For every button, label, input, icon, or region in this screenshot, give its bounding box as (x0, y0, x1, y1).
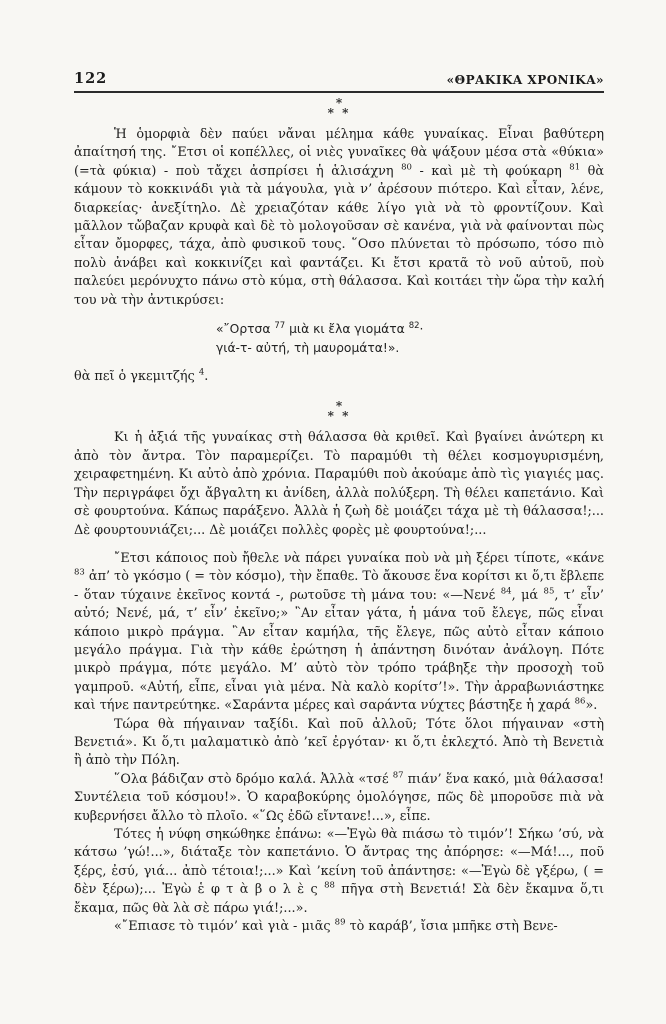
paragraph-bride-helm: Τότες ἡ νύφη σηκώθηκε ἐπάνω: «—Ἐγὼ θὰ πι… (74, 826, 604, 918)
asterism-bottom: * * (74, 411, 604, 421)
verse-line-1: «῎Ορτσα 77 μιὰ κι ἔλα γιομάτα 82· (216, 320, 604, 339)
verse-line-2: γιά-τ- αὐτή, τὴ μαυρομάτα!». (216, 339, 604, 358)
folk-verse: «῎Ορτσα 77 μιὰ κι ἔλα γιομάτα 82· γιά-τ-… (216, 320, 604, 358)
verse-attribution: θὰ πεῖ ὁ γκεμιτζής 4. (74, 368, 604, 386)
asterism-separator-1: * * * (74, 99, 604, 118)
asterism-separator-2: * * * (74, 402, 604, 421)
paragraph-woman-worth: Κι ἡ ἀξιά τῆς γυναίκας στὴ θάλασσα θὰ κρ… (74, 429, 604, 539)
asterism-bottom: * * (74, 108, 604, 118)
page-number: 122 (74, 70, 107, 87)
paragraph-final: «῎Επιασε τὸ τιμόν’ καὶ γιὰ - μιᾶς 89 τὸ … (74, 918, 604, 936)
paragraph-folk-tale: ῎Ετσι κάποιος ποὺ ἤθελε νὰ πάρει γυναίκα… (74, 550, 604, 716)
paragraph-venice-trip: Τώρα θὰ πήγαιναν ταξίδι. Καὶ ποῦ ἀλλοῦ; … (74, 716, 604, 771)
paragraph-storm: ῞Ολα βάδιζαν στὸ δρόμο καλά. Ἀλλὰ «τσέ 8… (74, 771, 604, 826)
page-header: 122 «ΘΡΑΚΙΚΑ ΧΡΟΝΙΚΑ» (74, 70, 604, 93)
book-page: 122 «ΘΡΑΚΙΚΑ ΧΡΟΝΙΚΑ» * * * Ἡ ὁμορφιὰ δὲ… (0, 0, 666, 1024)
journal-title: «ΘΡΑΚΙΚΑ ΧΡΟΝΙΚΑ» (447, 73, 604, 87)
paragraph-beauty: Ἡ ὁμορφιὰ δὲν παύει νἄναι μέλημα κάθε γυ… (74, 126, 604, 310)
